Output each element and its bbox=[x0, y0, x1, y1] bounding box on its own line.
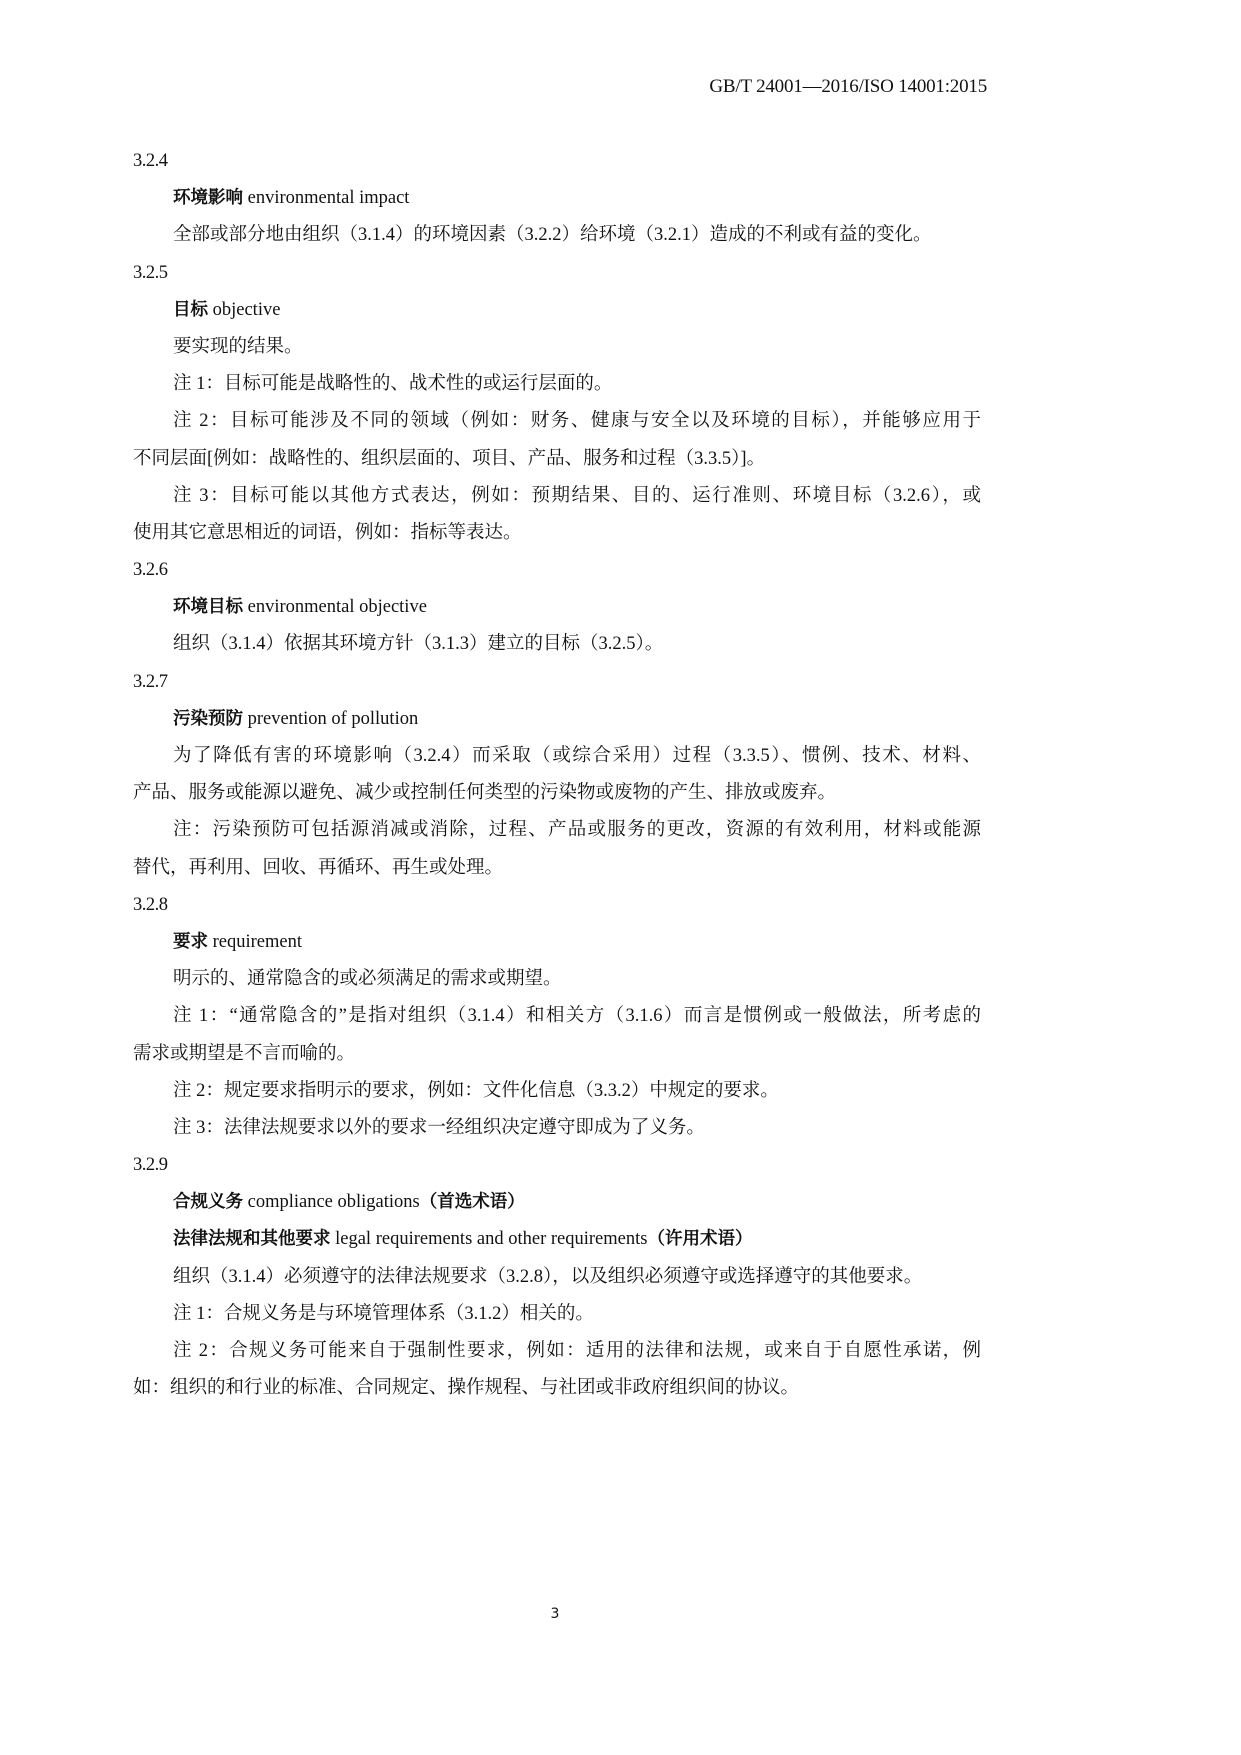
clause-number: 3.2.9 bbox=[133, 1147, 981, 1184]
document-body: 3.2.4 环境影响 environmental impact 全部或部分地由组… bbox=[133, 143, 981, 1407]
term-zh: 要求 bbox=[173, 932, 208, 952]
note-1: 注 1：合规义务是与环境管理体系（3.1.2）相关的。 bbox=[133, 1296, 981, 1333]
clause-number: 3.2.8 bbox=[133, 887, 981, 924]
note-3-line-1: 注 3：目标可能以其他方式表达，例如：预期结果、目的、运行准则、环境目标（3.2… bbox=[133, 478, 981, 515]
clause-3-2-4: 3.2.4 环境影响 environmental impact 全部或部分地由组… bbox=[133, 143, 981, 255]
clause-3-2-8: 3.2.8 要求 requirement 明示的、通常隐含的或必须满足的需求或期… bbox=[133, 887, 981, 1147]
term-status: （首选术语） bbox=[420, 1192, 525, 1212]
clause-3-2-7: 3.2.7 污染预防 prevention of pollution 为了降低有… bbox=[133, 664, 981, 887]
term-zh: 合规义务 bbox=[173, 1192, 243, 1212]
term-zh: 环境影响 bbox=[173, 188, 243, 208]
note-1: 注 1：目标可能是战略性的、战术性的或运行层面的。 bbox=[133, 366, 981, 403]
clause-number: 3.2.4 bbox=[133, 143, 981, 180]
term-zh: 污染预防 bbox=[173, 709, 243, 729]
term-line: 目标 objective bbox=[133, 292, 981, 329]
definition-text-line-2: 产品、服务或能源以避免、减少或控制任何类型的污染物或废物的产生、排放或废弃。 bbox=[133, 775, 981, 812]
page-number: 3 bbox=[0, 1606, 1110, 1622]
clause-3-2-9: 3.2.9 合规义务 compliance obligations（首选术语） … bbox=[133, 1147, 981, 1407]
clause-3-2-6: 3.2.6 环境目标 environmental objective 组织（3.… bbox=[133, 552, 981, 664]
note-2-line-2: 不同层面[例如：战略性的、组织层面的、项目、产品、服务和过程（3.3.5）]。 bbox=[133, 441, 981, 478]
note-2-line-1: 注 2：目标可能涉及不同的领域（例如：财务、健康与安全以及环境的目标），并能够应… bbox=[133, 403, 981, 440]
term-status: （许用术语） bbox=[647, 1229, 752, 1249]
definition-text: 组织（3.1.4）必须遵守的法律法规要求（3.2.8），以及组织必须遵守或选择遵… bbox=[133, 1259, 981, 1296]
note-1-line-1: 注 1：“通常隐含的”是指对组织（3.1.4）和相关方（3.1.6）而言是惯例或… bbox=[133, 998, 981, 1035]
note-line-2: 替代，再利用、回收、再循环、再生或处理。 bbox=[133, 850, 981, 887]
note-2-line-1: 注 2：合规义务可能来自于强制性要求，例如：适用的法律和法规，或来自于自愿性承诺… bbox=[133, 1333, 981, 1370]
term-zh: 目标 bbox=[173, 300, 208, 320]
term-line: 污染预防 prevention of pollution bbox=[133, 701, 981, 738]
note-3-line-2: 使用其它意思相近的词语，例如：指标等表达。 bbox=[133, 515, 981, 552]
note-2-line-2: 如：组织的和行业的标准、合同规定、操作规程、与社团或非政府组织间的协议。 bbox=[133, 1370, 981, 1407]
term-en: objective bbox=[213, 300, 281, 320]
term-line: 环境目标 environmental objective bbox=[133, 589, 981, 626]
note-1-line-2: 需求或期望是不言而喻的。 bbox=[133, 1036, 981, 1073]
definition-text: 组织（3.1.4）依据其环境方针（3.1.3）建立的目标（3.2.5）。 bbox=[133, 626, 981, 663]
term-line: 环境影响 environmental impact bbox=[133, 180, 981, 217]
definition-text: 全部或部分地由组织（3.1.4）的环境因素（3.2.2）给环境（3.2.1）造成… bbox=[133, 217, 981, 254]
definition-text: 明示的、通常隐含的或必须满足的需求或期望。 bbox=[133, 961, 981, 998]
preferred-term-line: 合规义务 compliance obligations（首选术语） bbox=[133, 1184, 981, 1221]
definition-text-line-1: 为了降低有害的环境影响（3.2.4）而采取（或综合采用）过程（3.3.5）、惯例… bbox=[133, 738, 981, 775]
term-en: prevention of pollution bbox=[248, 709, 419, 729]
term-line: 要求 requirement bbox=[133, 924, 981, 961]
clause-number: 3.2.7 bbox=[133, 664, 981, 701]
term-en: legal requirements and other requirement… bbox=[335, 1229, 647, 1249]
term-zh: 环境目标 bbox=[173, 597, 243, 617]
definition-text: 要实现的结果。 bbox=[133, 329, 981, 366]
term-zh: 法律法规和其他要求 bbox=[173, 1229, 331, 1249]
clause-number: 3.2.6 bbox=[133, 552, 981, 589]
term-en: requirement bbox=[213, 932, 302, 952]
term-en: environmental objective bbox=[248, 597, 427, 617]
note-line-1: 注：污染预防可包括源消减或消除，过程、产品或服务的更改，资源的有效利用，材料或能… bbox=[133, 812, 981, 849]
term-en: compliance obligations bbox=[248, 1192, 420, 1212]
note-3: 注 3：法律法规要求以外的要求一经组织决定遵守即成为了义务。 bbox=[133, 1110, 981, 1147]
clause-3-2-5: 3.2.5 目标 objective 要实现的结果。 注 1：目标可能是战略性的… bbox=[133, 255, 981, 553]
document-header: GB/T 24001—2016/ISO 14001:2015 bbox=[709, 76, 987, 98]
admitted-term-line: 法律法规和其他要求 legal requirements and other r… bbox=[133, 1221, 981, 1258]
term-en: environmental impact bbox=[248, 188, 410, 208]
note-2: 注 2：规定要求指明示的要求，例如：文件化信息（3.3.2）中规定的要求。 bbox=[133, 1073, 981, 1110]
clause-number: 3.2.5 bbox=[133, 255, 981, 292]
